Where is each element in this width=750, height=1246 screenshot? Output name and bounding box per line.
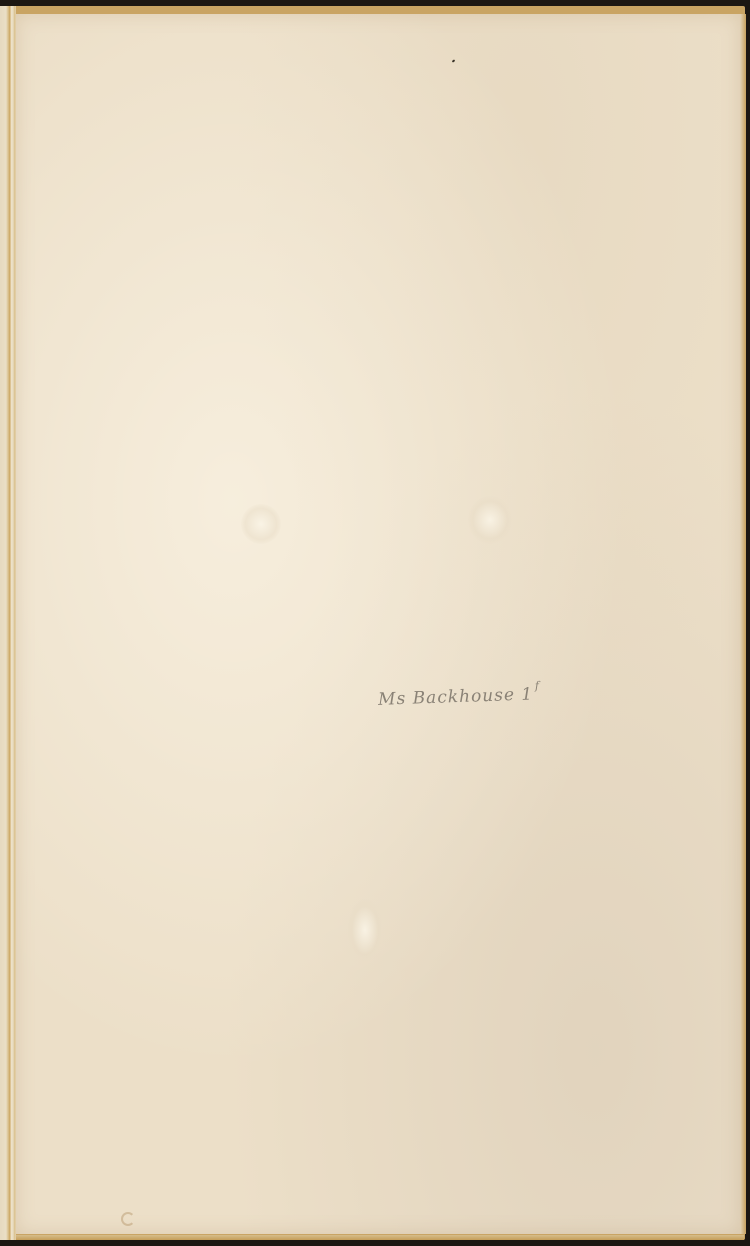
page-right-edge [740, 14, 746, 1234]
paper-stain [348, 899, 382, 961]
pencil-shelfmark: Ms Backhouse 1f [378, 679, 541, 710]
thumbprint-stain [241, 504, 281, 544]
page-bottom-edge [16, 1235, 744, 1240]
shelfmark-text: Ms Backhouse 1 [378, 684, 534, 709]
shelfmark-superscript: f [535, 679, 541, 692]
scanned-page: Ms Backhouse 1f [0, 0, 750, 1246]
small-stain-mark [121, 1212, 135, 1226]
thumbprint-stain [468, 496, 512, 544]
page-edge-stack [0, 6, 16, 1240]
flyleaf-page: Ms Backhouse 1f [16, 14, 740, 1234]
ink-speck [452, 59, 456, 62]
